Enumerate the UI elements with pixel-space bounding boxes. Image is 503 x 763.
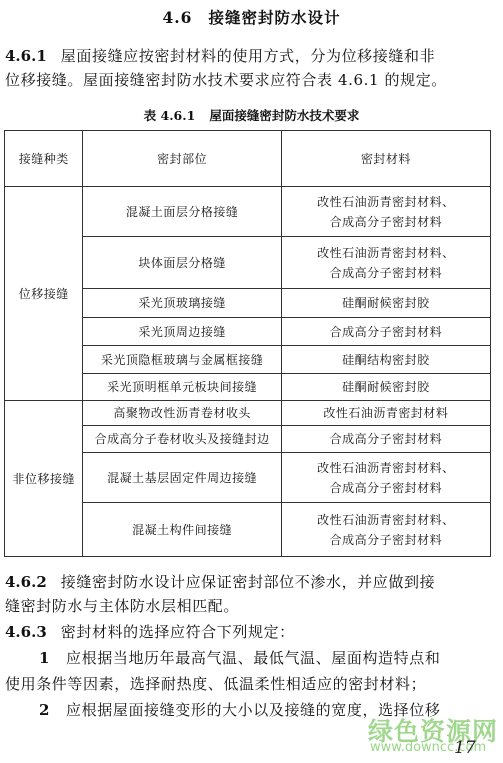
sealing-requirements-table: 接缝种类 密封部位 密封材料 位移接缝 混凝土面层分格接缝 改性石油沥青密封材料…	[4, 130, 491, 557]
material-cell: 改性石油沥青密封材料、合成高分子密封材料	[281, 453, 490, 503]
table-row: 非位移接缝 高聚物改性沥青卷材收头 改性石油沥青密封材料	[5, 401, 491, 426]
location-cell: 采光顶玻璃接缝	[83, 289, 281, 318]
clause-4-6-1: 4.6.1屋面接缝应按密封材料的使用方式，分为位移接缝和非 位移接缝。屋面接缝密…	[5, 44, 495, 92]
location-cell: 块体面层分格缝	[83, 237, 281, 289]
header-material: 密封材料	[281, 131, 490, 187]
clause-4-6-3: 4.6.3密封材料的选择应符合下列规定： 1应根据当地历年最高气温、最低气温、屋…	[5, 620, 495, 722]
material-cell: 改性石油沥青密封材料、合成高分子密封材料	[281, 187, 490, 237]
section-title: 接缝密封防水设计	[208, 8, 340, 27]
clause-text: 缝密封防水与主体防水层相匹配。	[5, 594, 495, 618]
table-row: 位移接缝 混凝土面层分格接缝 改性石油沥青密封材料、合成高分子密封材料	[5, 187, 491, 237]
location-cell: 采光顶明框单元板块间接缝	[83, 374, 281, 401]
location-cell: 合成高分子卷材收头及接缝封边	[83, 426, 281, 453]
table-title: 屋面接缝密封防水技术要求	[209, 108, 359, 123]
list-item: 1应根据当地历年最高气温、最低气温、屋面构造特点和	[5, 646, 495, 670]
location-cell: 混凝土基层固定件周边接缝	[83, 453, 281, 503]
joint-type-cell: 位移接缝	[5, 187, 83, 401]
material-cell: 改性石油沥青密封材料、合成高分子密封材料	[281, 237, 490, 289]
page-number: 17	[454, 738, 476, 758]
material-cell: 硅酮耐候密封胶	[281, 374, 490, 401]
location-cell: 混凝土构件间接缝	[83, 503, 281, 557]
clause-number: 4.6.2	[5, 573, 47, 591]
clause-text: 接缝密封防水设计应保证密封部位不渗水，并应做到接	[61, 573, 435, 591]
section-number: 4.6	[163, 8, 193, 27]
list-item-continuation: 使用条件等因素，选择耐热度、低温柔性相适应的密封材料；	[5, 672, 495, 696]
material-cell: 合成高分子密封材料	[281, 426, 490, 453]
material-cell: 改性石油沥青密封材料	[281, 401, 490, 426]
header-location: 密封部位	[83, 131, 281, 187]
clause-text: 密封材料的选择应符合下列规定：	[61, 623, 295, 641]
location-cell: 高聚物改性沥青卷材收头	[83, 401, 281, 426]
material-cell: 合成高分子密封材料	[281, 318, 490, 346]
header-joint-type: 接缝种类	[5, 131, 83, 187]
clause-number: 4.6.3	[5, 623, 47, 641]
clause-text: 屋面接缝应按密封材料的使用方式，分为位移接缝和非	[61, 47, 435, 65]
location-cell: 混凝土面层分格接缝	[83, 187, 281, 237]
material-cell: 改性石油沥青密封材料、合成高分子密封材料	[281, 503, 490, 557]
joint-type-cell: 非位移接缝	[5, 401, 83, 557]
material-cell: 硅酮结构密封胶	[281, 346, 490, 374]
clause-number: 4.6.1	[5, 47, 47, 65]
table-header-row: 接缝种类 密封部位 密封材料	[5, 131, 491, 187]
clause-4-6-2: 4.6.2接缝密封防水设计应保证密封部位不渗水，并应做到接 缝密封防水与主体防水…	[5, 570, 495, 618]
material-cell: 硅酮耐候密封胶	[281, 289, 490, 318]
section-heading: 4.6接缝密封防水设计	[0, 6, 503, 28]
location-cell: 采光顶周边接缝	[83, 318, 281, 346]
clause-text: 位移接缝。屋面接缝密封防水技术要求应符合表 4.6.1 的规定。	[5, 68, 495, 92]
table-caption: 表 4.6.1屋面接缝密封防水技术要求	[0, 106, 503, 124]
location-cell: 采光顶隐框玻璃与金属框接缝	[83, 346, 281, 374]
table-number: 表 4.6.1	[144, 108, 196, 123]
